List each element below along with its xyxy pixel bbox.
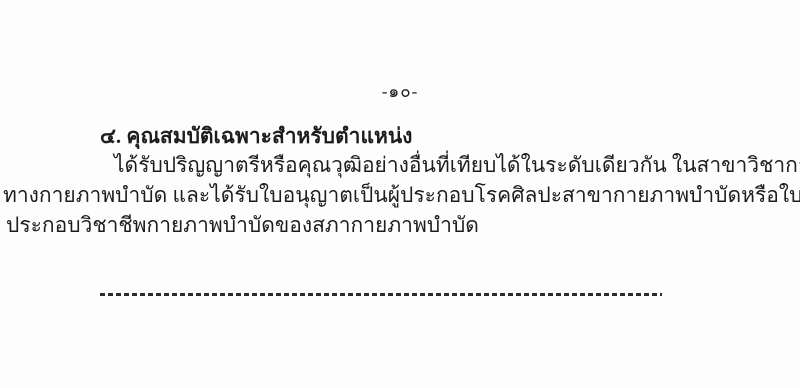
paragraph-line: ทางกายภาพบำบัด และได้รับใบอนุญาตเป็นผู้ป… bbox=[3, 180, 800, 210]
document-page: -๑๐- ๔. คุณสมบัติเฉพาะสำหรับตำแหน่ง ได้ร… bbox=[0, 0, 800, 388]
paragraph-line: ได้รับปริญญาตรีหรือคุณวุฒิอย่างอื่นที่เท… bbox=[114, 150, 800, 180]
paragraph-line: ประกอบวิชาชีพกายภาพบำบัดของสภากายภาพบำบั… bbox=[6, 210, 479, 240]
dashed-divider bbox=[100, 293, 662, 296]
section-heading: ๔. คุณสมบัติเฉพาะสำหรับตำแหน่ง bbox=[100, 120, 412, 153]
page-number: -๑๐- bbox=[0, 78, 800, 105]
